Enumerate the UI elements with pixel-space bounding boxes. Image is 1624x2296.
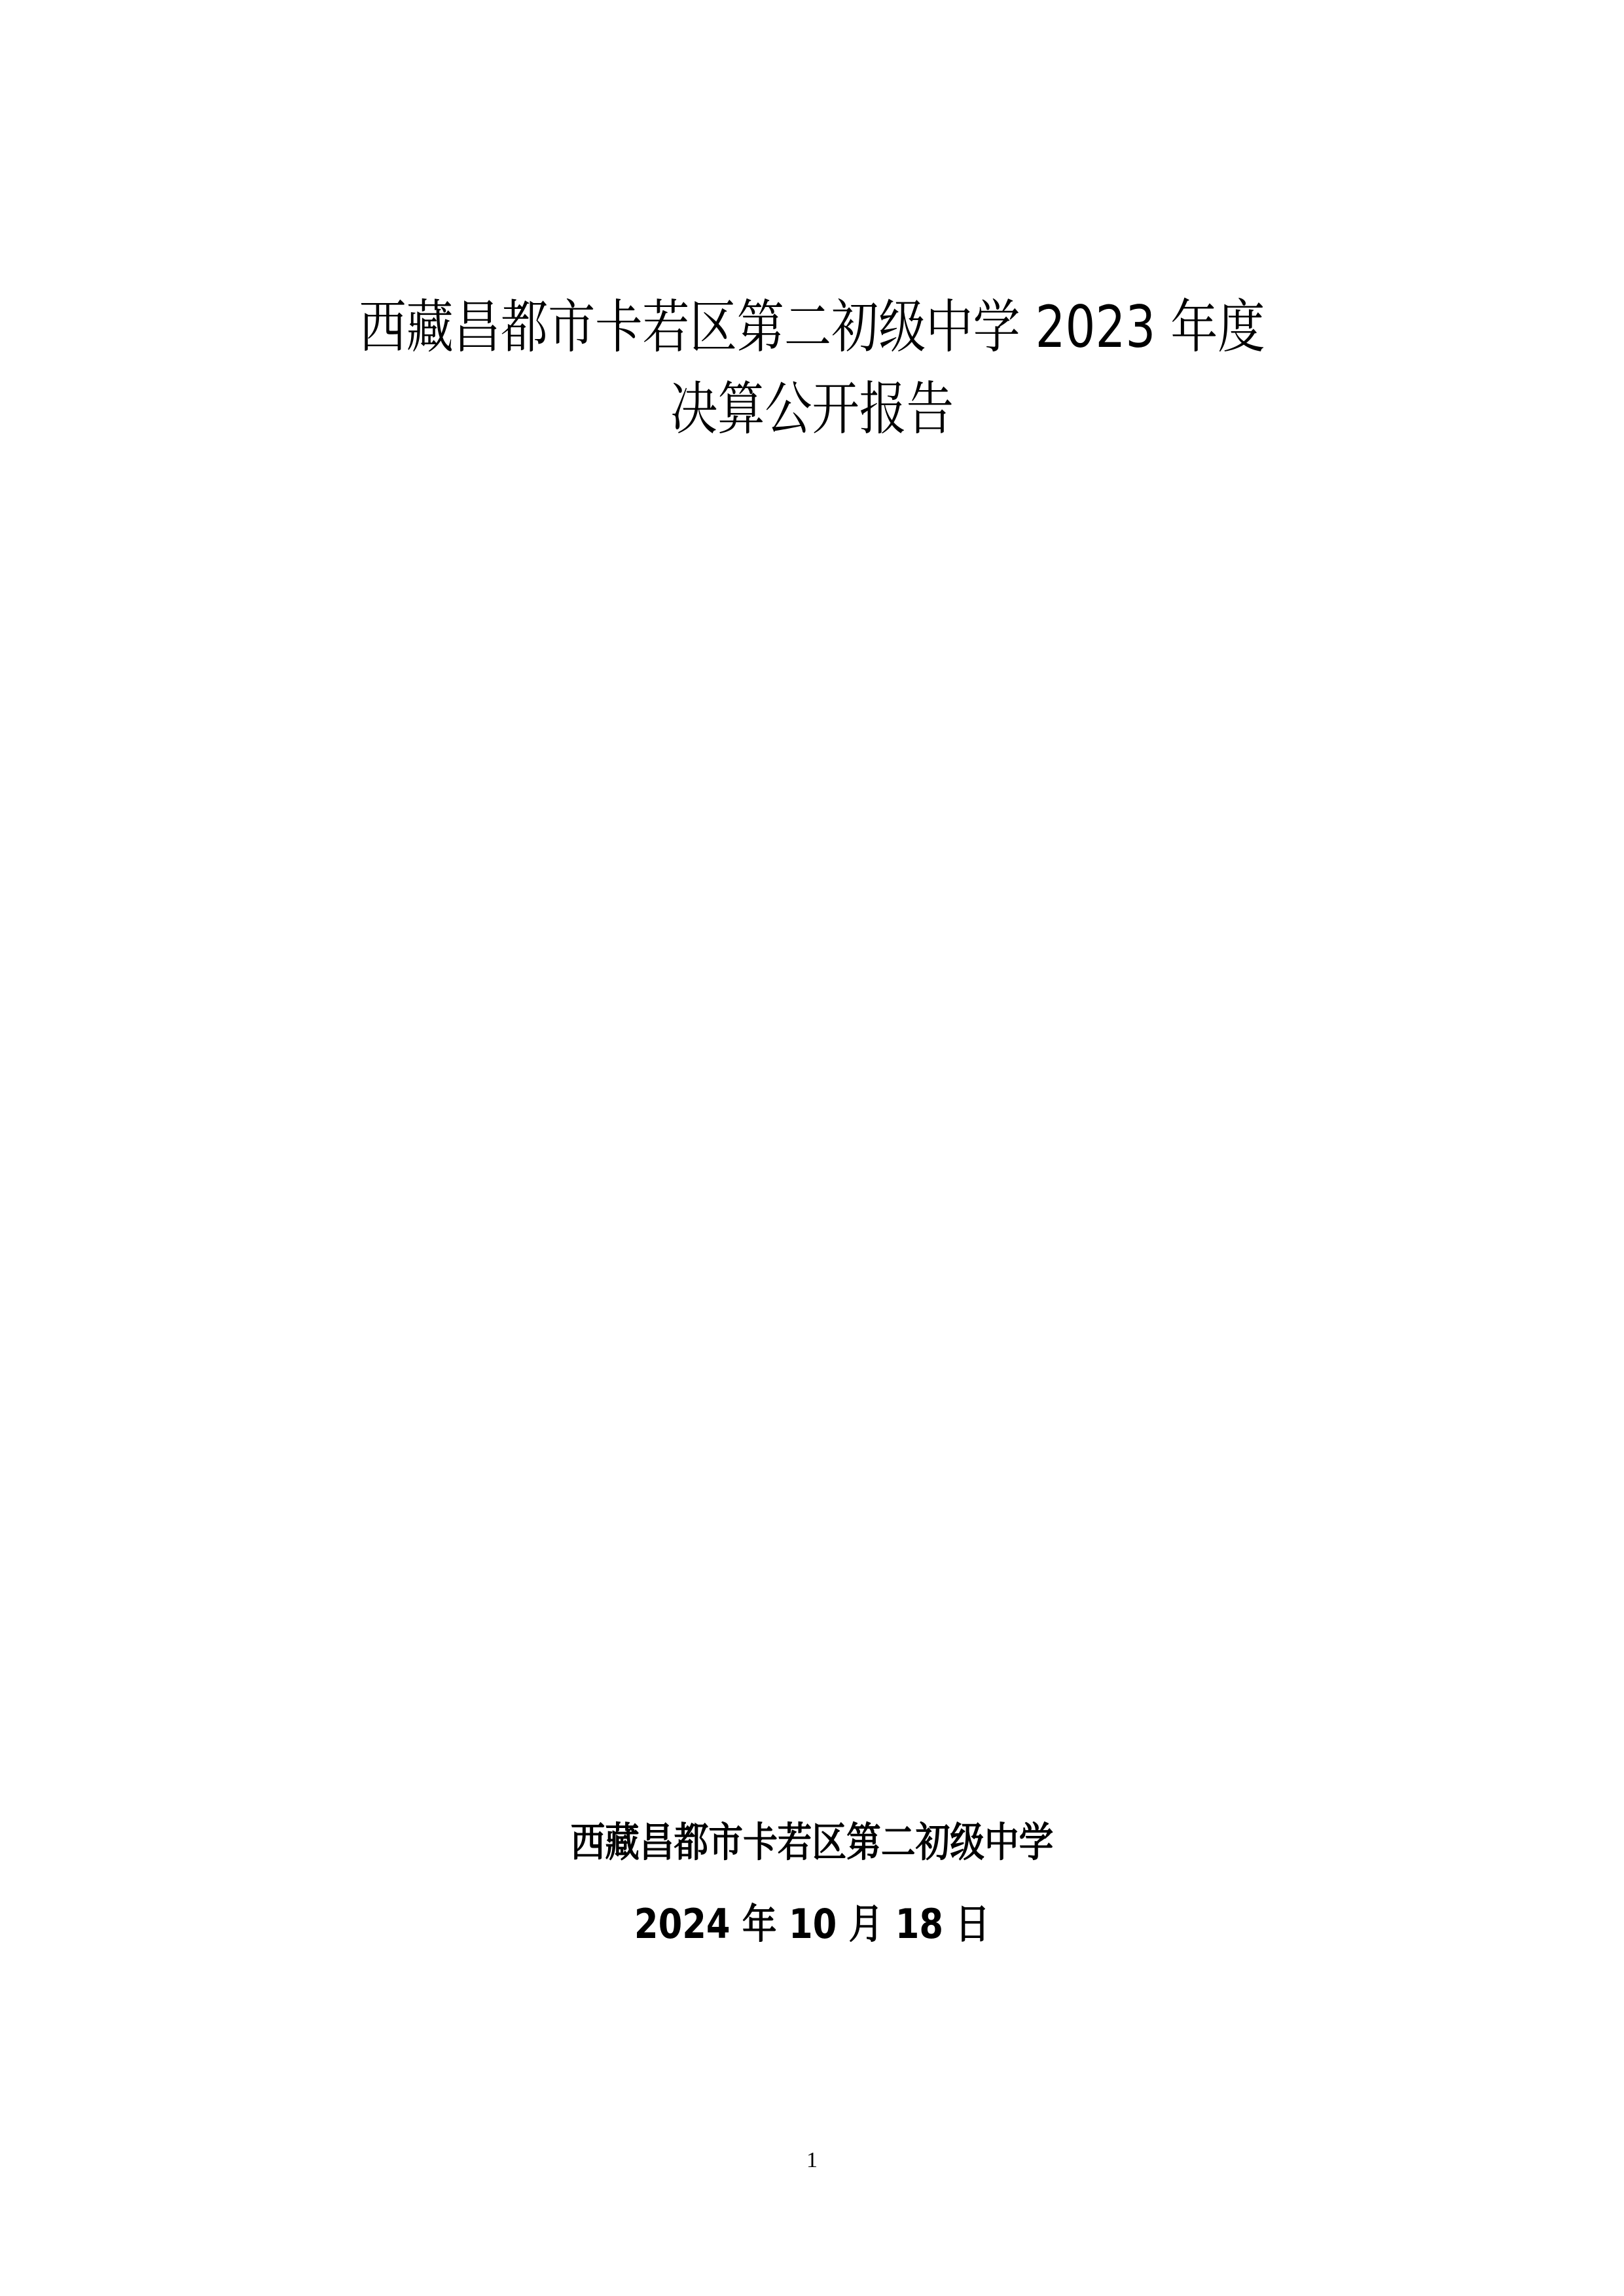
page-number: 1 [0, 2148, 1624, 2173]
report-title-line-1: 西藏昌都市卡若区第二初级中学 2023 年度 [146, 288, 1477, 367]
report-date: 2024 年 10 月 18 日 [122, 1898, 1502, 1950]
report-title-line-2: 决算公开报告 [146, 370, 1477, 448]
organization-name: 西藏昌都市卡若区第二初级中学 [122, 1816, 1502, 1869]
